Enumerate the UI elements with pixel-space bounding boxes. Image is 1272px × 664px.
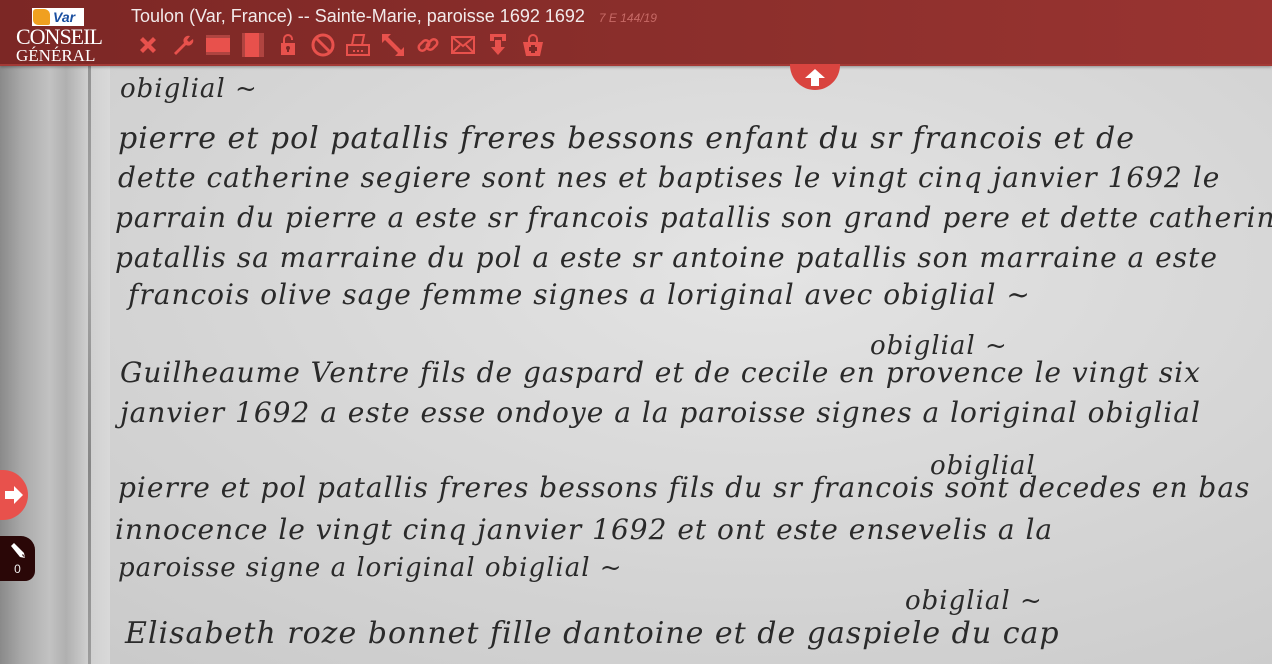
document-title: Toulon (Var, France) -- Sainte-Marie, pa…	[131, 6, 585, 27]
link-icon	[415, 32, 441, 58]
close-icon	[135, 32, 161, 58]
logo-line2: GÉNÉRAL	[16, 47, 95, 64]
annotations-button[interactable]: 0	[0, 536, 35, 581]
manuscript-line: parrain du pierre a este sr francois pat…	[115, 201, 1272, 234]
unlock-button[interactable]	[270, 32, 305, 58]
envelope-icon	[450, 32, 476, 58]
manuscript-line: pierre et pol patallis freres bessons en…	[118, 121, 1135, 156]
basket-add-icon	[520, 32, 546, 58]
manuscript-line: janvier 1692 a este esse ondoye a la par…	[120, 396, 1201, 429]
manuscript-line: paroisse signe a loriginal obiglial ~	[118, 553, 623, 583]
document-viewer[interactable]: obiglial ~pierre et pol patallis freres …	[0, 0, 1272, 664]
unlock-icon	[275, 32, 301, 58]
arrow-up-icon	[804, 67, 826, 87]
download-button[interactable]	[480, 32, 515, 58]
fit-height-button[interactable]	[235, 32, 270, 58]
fit-width-icon	[205, 32, 231, 58]
title-row: Toulon (Var, France) -- Sainte-Marie, pa…	[131, 6, 657, 27]
manuscript-line: obiglial ~	[905, 586, 1043, 616]
conseil-general-logo[interactable]: Var CONSEIL GÉNÉRAL	[12, 6, 104, 64]
manuscript-line: Elisabeth roze bonnet fille dantoine et …	[125, 616, 1060, 651]
arrow-right-icon	[4, 485, 24, 505]
manuscript-line: dette catherine segiere sont nes et bapt…	[118, 161, 1220, 194]
download-icon	[485, 32, 511, 58]
expand-icon	[380, 32, 406, 58]
manuscript-line: patallis sa marraine du pol a este sr an…	[115, 241, 1218, 274]
link-button[interactable]	[410, 32, 445, 58]
manuscript-line: francois olive sage femme signes a lorig…	[128, 278, 1031, 311]
print-icon	[345, 32, 371, 58]
annotation-count: 0	[14, 562, 21, 576]
manuscript-image[interactable]: obiglial ~pierre et pol patallis freres …	[0, 66, 1272, 664]
close-button[interactable]	[130, 32, 165, 58]
manuscript-line: innocence le vingt cinq janvier 1692 et …	[115, 513, 1053, 546]
report-button[interactable]	[305, 32, 340, 58]
fit-height-icon	[240, 32, 266, 58]
var-map-icon	[33, 9, 50, 25]
forbidden-icon	[310, 32, 336, 58]
fit-width-button[interactable]	[200, 32, 235, 58]
manuscript-line: obiglial ~	[120, 74, 258, 104]
manuscript-line: Guilheaume Ventre fils de gaspard et de …	[120, 356, 1201, 389]
manuscript-line: pierre et pol patallis freres bessons fi…	[118, 471, 1250, 504]
viewer-header: Var CONSEIL GÉNÉRAL Toulon (Var, France)…	[0, 0, 1272, 66]
wrench-icon	[170, 32, 196, 58]
print-button[interactable]	[340, 32, 375, 58]
settings-button[interactable]	[165, 32, 200, 58]
archive-reference: 7 E 144/19	[599, 11, 657, 25]
toolbar	[130, 32, 550, 58]
add-to-basket-button[interactable]	[515, 32, 550, 58]
var-label: Var	[53, 9, 75, 25]
logo-line1: CONSEIL	[16, 27, 102, 47]
pencil-icon	[9, 542, 27, 560]
fullscreen-button[interactable]	[375, 32, 410, 58]
email-button[interactable]	[445, 32, 480, 58]
